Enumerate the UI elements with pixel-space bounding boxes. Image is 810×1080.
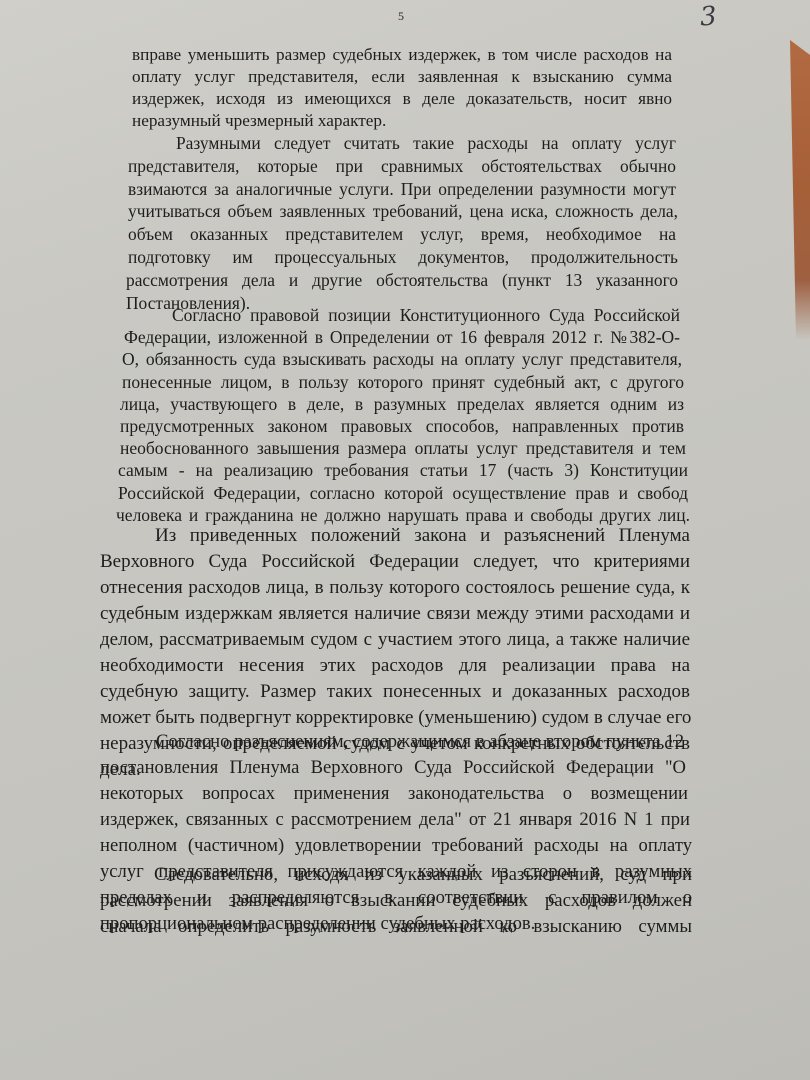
text-line: Верховного Суда Российской Федерации сле… xyxy=(100,551,690,573)
text-line: постановления Пленума Верховного Суда Ро… xyxy=(100,757,686,779)
table-surface-edge xyxy=(790,40,810,340)
text-line: неполном (частичном) удовлетворении треб… xyxy=(100,835,692,857)
text-line: Российской Федерации, согласно которой о… xyxy=(118,483,688,504)
text-line: издержек, связанных с рассмотрением дела… xyxy=(100,809,690,831)
text-line: необходимости несения этих расходов для … xyxy=(100,655,690,677)
text-line: Из приведенных положений закона и разъяс… xyxy=(155,525,690,547)
page-number: 5 xyxy=(398,9,404,24)
text-line: издержек, исходя из имеющихся в деле док… xyxy=(132,89,672,109)
text-line: лица, участвующего в деле, в разумных пр… xyxy=(120,394,684,415)
text-line: неразумный чрезмерный характер. xyxy=(132,111,432,131)
text-line: учитываться объем заявленных требований,… xyxy=(128,201,678,222)
handwritten-page-mark: 3 xyxy=(699,1,718,32)
text-line: Согласно разъяснениям, содержащимся в аб… xyxy=(156,731,684,753)
text-line: объем оказанных представителем услуг, вр… xyxy=(128,224,676,245)
text-line: судебную защиту. Размер таких понесенных… xyxy=(100,681,690,703)
text-line: Следовательно, исходя из указанных разъя… xyxy=(154,864,692,886)
text-line: отнесения расходов лица, в пользу которо… xyxy=(100,577,690,599)
text-line: О, обязанность суда взыскивать расходы н… xyxy=(122,349,682,370)
text-line: некоторых вопросах применения законодате… xyxy=(100,783,688,805)
text-line: представителя, которые при сравнимых обс… xyxy=(128,156,676,177)
text-line: взимаются за аналогичные услуги. При опр… xyxy=(128,179,676,200)
text-line: рассмотрении заявления о взыскании судеб… xyxy=(100,890,692,912)
text-line: Согласно правовой позиции Конституционно… xyxy=(172,305,680,326)
text-line: оплату услуг представителя, если заявлен… xyxy=(132,67,672,87)
text-line: понесенные лицом, в пользу которого прин… xyxy=(122,372,684,393)
text-line: подготовку им процессуальных документов,… xyxy=(128,247,678,268)
text-line: может быть подвергнут корректировке (уме… xyxy=(100,707,690,729)
text-line: самым - на реализацию требования статьи … xyxy=(118,460,688,481)
text-line: Разумными следует считать такие расходы … xyxy=(176,133,676,154)
text-line: Федерации, изложенной в Определении от 1… xyxy=(124,327,680,348)
document-page: 5 3 вправе уменьшить размер судебных изд… xyxy=(0,0,810,1080)
text-line: судебным издержкам является наличие связ… xyxy=(100,603,690,625)
text-line: вправе уменьшить размер судебных издерже… xyxy=(132,45,672,65)
text-line: рассмотрения дела и другие обстоятельств… xyxy=(126,270,678,291)
text-line: сначала определить разумность заявленной… xyxy=(100,916,692,938)
text-line: человека и гражданина не должно нарушать… xyxy=(116,505,690,526)
text-line: необоснованного завышения размера оплаты… xyxy=(120,438,686,459)
text-line: предусмотренных законом правовых способо… xyxy=(120,416,684,437)
text-line: делом, рассматриваемым судом с участием … xyxy=(100,629,690,651)
